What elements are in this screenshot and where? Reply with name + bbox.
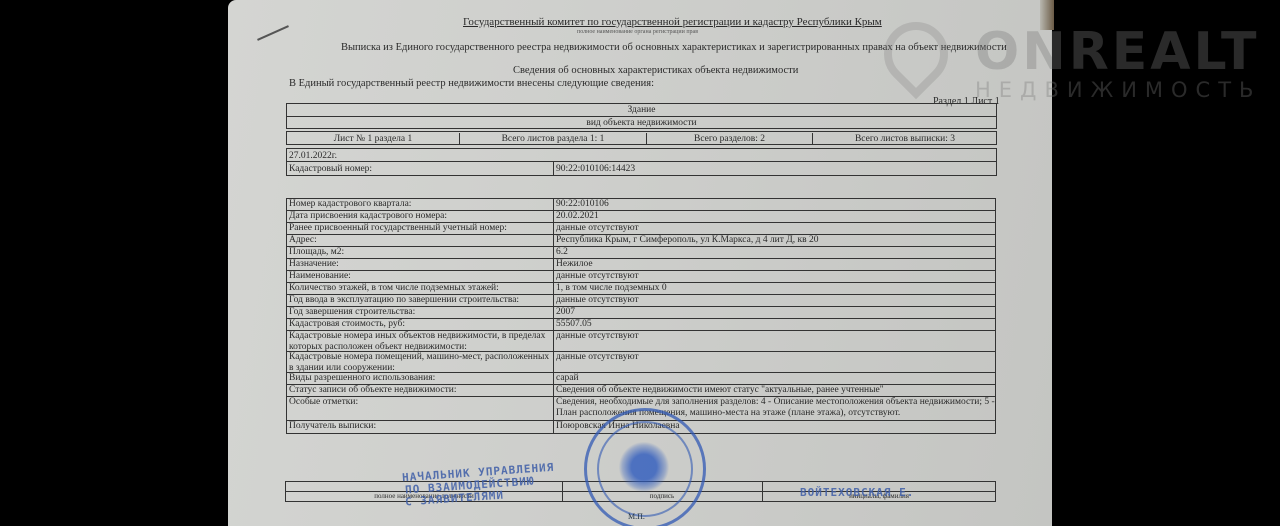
property-row: Кадастровые номера иных объектов недвижи… xyxy=(286,330,996,352)
property-label: Статус записи об объекте недвижимости: xyxy=(289,385,551,396)
property-label: Год завершения строительства: xyxy=(289,307,551,318)
seal-caption: М.П. xyxy=(628,512,645,521)
property-value: сарай xyxy=(553,373,997,384)
object-type-box: Здание вид объекта недвижимости xyxy=(286,103,997,129)
sheet-number: Лист № 1 раздела 1 xyxy=(287,133,460,145)
sheets-row: Лист № 1 раздела 1 Всего листов раздела … xyxy=(286,131,997,145)
property-label: Получатель выписки: xyxy=(289,421,551,432)
property-row: Кадастровые номера помещений, машино-мес… xyxy=(286,351,996,373)
property-value: данные отсутствуют xyxy=(553,331,997,351)
organization-name: Государственный комитет по государственн… xyxy=(463,16,882,28)
property-label: Особые отметки: xyxy=(289,397,551,408)
property-label: Кадастровые номера помещений, машино-мес… xyxy=(289,352,551,374)
watermark-brand: ONREALT xyxy=(975,22,1260,82)
property-label: Наименование: xyxy=(289,271,551,282)
intro-text: В Единый государственный реестр недвижим… xyxy=(289,78,654,89)
property-value: Сведения об объекте недвижимости имеют с… xyxy=(553,385,997,396)
cadastral-label: Кадастровый номер: xyxy=(289,163,372,175)
name-stamp: ВОЙТЕХОВСКАЯ Е. xyxy=(800,486,914,499)
object-type-caption: вид объекта недвижимости xyxy=(287,117,996,129)
property-value: Нежилое xyxy=(553,259,997,270)
property-label: Дата присвоения кадастрового номера: xyxy=(289,211,551,222)
property-label: Кадастровые номера иных объектов недвижи… xyxy=(289,331,551,353)
total-sheets-section: Всего листов раздела 1: 1 xyxy=(460,133,647,145)
property-value: 6.2 xyxy=(553,247,997,258)
date-row: 27.01.2022г. xyxy=(286,148,997,162)
property-value: 2007 xyxy=(553,307,997,318)
property-value: 55507.05 xyxy=(553,319,997,330)
property-label: Виды разрешенного использования: xyxy=(289,373,551,384)
property-label: Год ввода в эксплуатацию по завершении с… xyxy=(289,295,551,306)
property-label: Номер кадастрового квартала: xyxy=(289,199,551,210)
total-sheets-extract: Всего листов выписки: 3 xyxy=(813,133,997,145)
property-value: 1, в том числе подземных 0 xyxy=(553,283,997,294)
property-label: Кадастровая стоимость, руб: xyxy=(289,319,551,330)
official-seal xyxy=(584,408,706,526)
cadastral-row: Кадастровый номер: 90:22:010106:14423 xyxy=(286,161,997,176)
total-sections: Всего разделов: 2 xyxy=(647,133,813,145)
watermark-tagline: НЕДВИЖИМОСТЬ xyxy=(975,78,1261,102)
property-value: 90:22:010106 xyxy=(553,199,997,210)
property-value: данные отсутствуют xyxy=(553,223,997,234)
cadastral-value: 90:22:010106:14423 xyxy=(553,162,635,176)
info-title: Сведения об основных характеристиках объ… xyxy=(513,65,798,76)
property-value: данные отсутствуют xyxy=(553,295,997,306)
property-label: Ранее присвоенный государственный учетны… xyxy=(289,223,551,234)
property-label: Назначение: xyxy=(289,259,551,270)
property-value: 20.02.2021 xyxy=(553,211,997,222)
property-value: данные отсутствуют xyxy=(553,271,997,282)
object-type: Здание xyxy=(287,104,996,116)
property-label: Площадь, м2: xyxy=(289,247,551,258)
property-value: Республика Крым, г Симферополь, ул К.Мар… xyxy=(553,235,997,246)
property-label: Адрес: xyxy=(289,235,551,246)
property-value: данные отсутствуют xyxy=(553,352,997,372)
property-label: Количество этажей, в том числе подземных… xyxy=(289,283,551,294)
eagle-emblem-icon xyxy=(619,441,669,493)
organization-caption: полное наименование органа регистрации п… xyxy=(577,29,698,35)
